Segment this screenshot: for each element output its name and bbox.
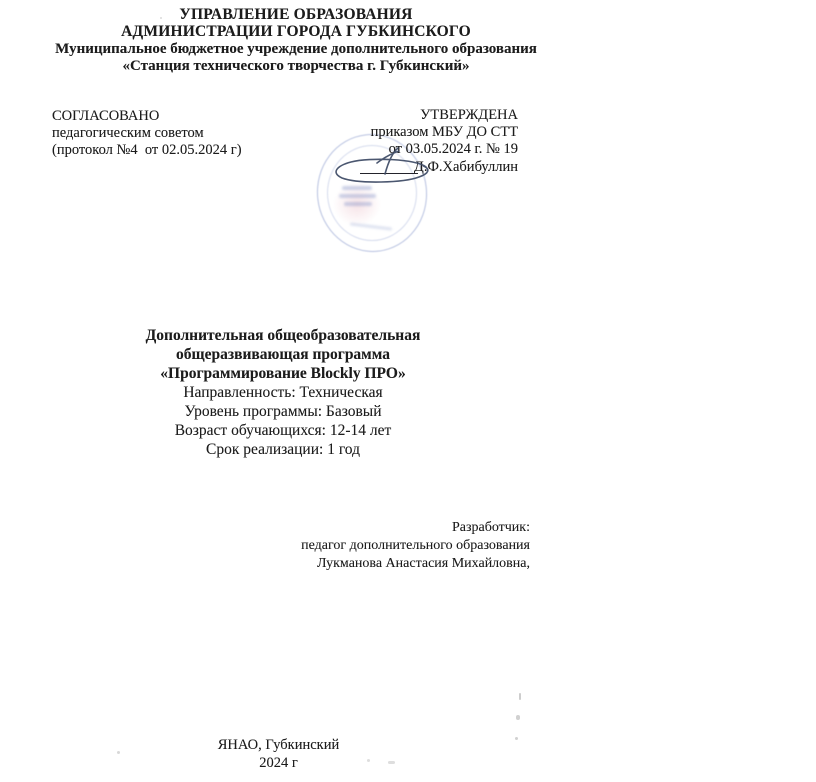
footer-year: 2024 г: [0, 754, 557, 772]
program-type-line2: общеразвивающая программа: [0, 345, 566, 364]
scan-artifact: [516, 715, 520, 720]
program-duration: Срок реализации: 1 год: [0, 440, 566, 459]
stamp-illegible-text: [342, 186, 372, 190]
footer-block: ЯНАО, Губкинский 2024 г: [0, 736, 557, 772]
org-name-line3: Муниципальное бюджетное учреждение допол…: [0, 41, 592, 58]
program-title-block: Дополнительная общеобразовательная общер…: [0, 326, 566, 459]
org-name-line2: АДМИНИСТРАЦИИ ГОРОДА ГУБКИНСКОГО: [0, 23, 592, 40]
signature-line: [360, 173, 418, 174]
program-type-line1: Дополнительная общеобразовательная: [0, 326, 566, 345]
document-page: УПРАВЛЕНИЕ ОБРАЗОВАНИЯ АДМИНИСТРАЦИИ ГОР…: [0, 0, 816, 782]
program-direction: Направленность: Техническая: [0, 383, 566, 402]
approved-order: приказом МБУ ДО СТТ: [371, 124, 518, 141]
agreed-title: СОГЛАСОВАНО: [52, 108, 242, 125]
scan-artifact: [519, 693, 521, 700]
letterhead: УПРАВЛЕНИЕ ОБРАЗОВАНИЯ АДМИНИСТРАЦИИ ГОР…: [0, 6, 592, 76]
approved-title: УТВЕРЖДЕНА: [371, 107, 518, 124]
stamp-illegible-text: [344, 202, 372, 206]
approved-date: от 03.05.2024 г. № 19: [371, 141, 518, 158]
org-name-line1: УПРАВЛЕНИЕ ОБРАЗОВАНИЯ: [0, 6, 592, 23]
stamp-illegible-text: [339, 194, 376, 198]
approved-block: УТВЕРЖДЕНА приказом МБУ ДО СТТ от 03.05.…: [371, 107, 518, 176]
developer-name: Лукманова Анастасия Михайловна,: [301, 555, 530, 573]
org-name-line4: «Станция технического творчества г. Губк…: [0, 58, 592, 75]
developer-block: Разработчик: педагог дополнительного обр…: [301, 519, 530, 573]
program-age: Возраст обучающихся: 12-14 лет: [0, 421, 566, 440]
developer-label: Разработчик:: [301, 519, 530, 537]
program-level: Уровень программы: Базовый: [0, 402, 566, 421]
program-name: «Программирование Blockly ПРО»: [0, 364, 566, 383]
agreed-body: педагогическим советом: [52, 125, 242, 142]
developer-position: педагог дополнительного образования: [301, 537, 530, 555]
agreed-protocol: (протокол №4 от 02.05.2024 г): [52, 142, 242, 159]
footer-location: ЯНАО, Губкинский: [0, 736, 557, 754]
agreed-block: СОГЛАСОВАНО педагогическим советом (прот…: [52, 108, 242, 160]
